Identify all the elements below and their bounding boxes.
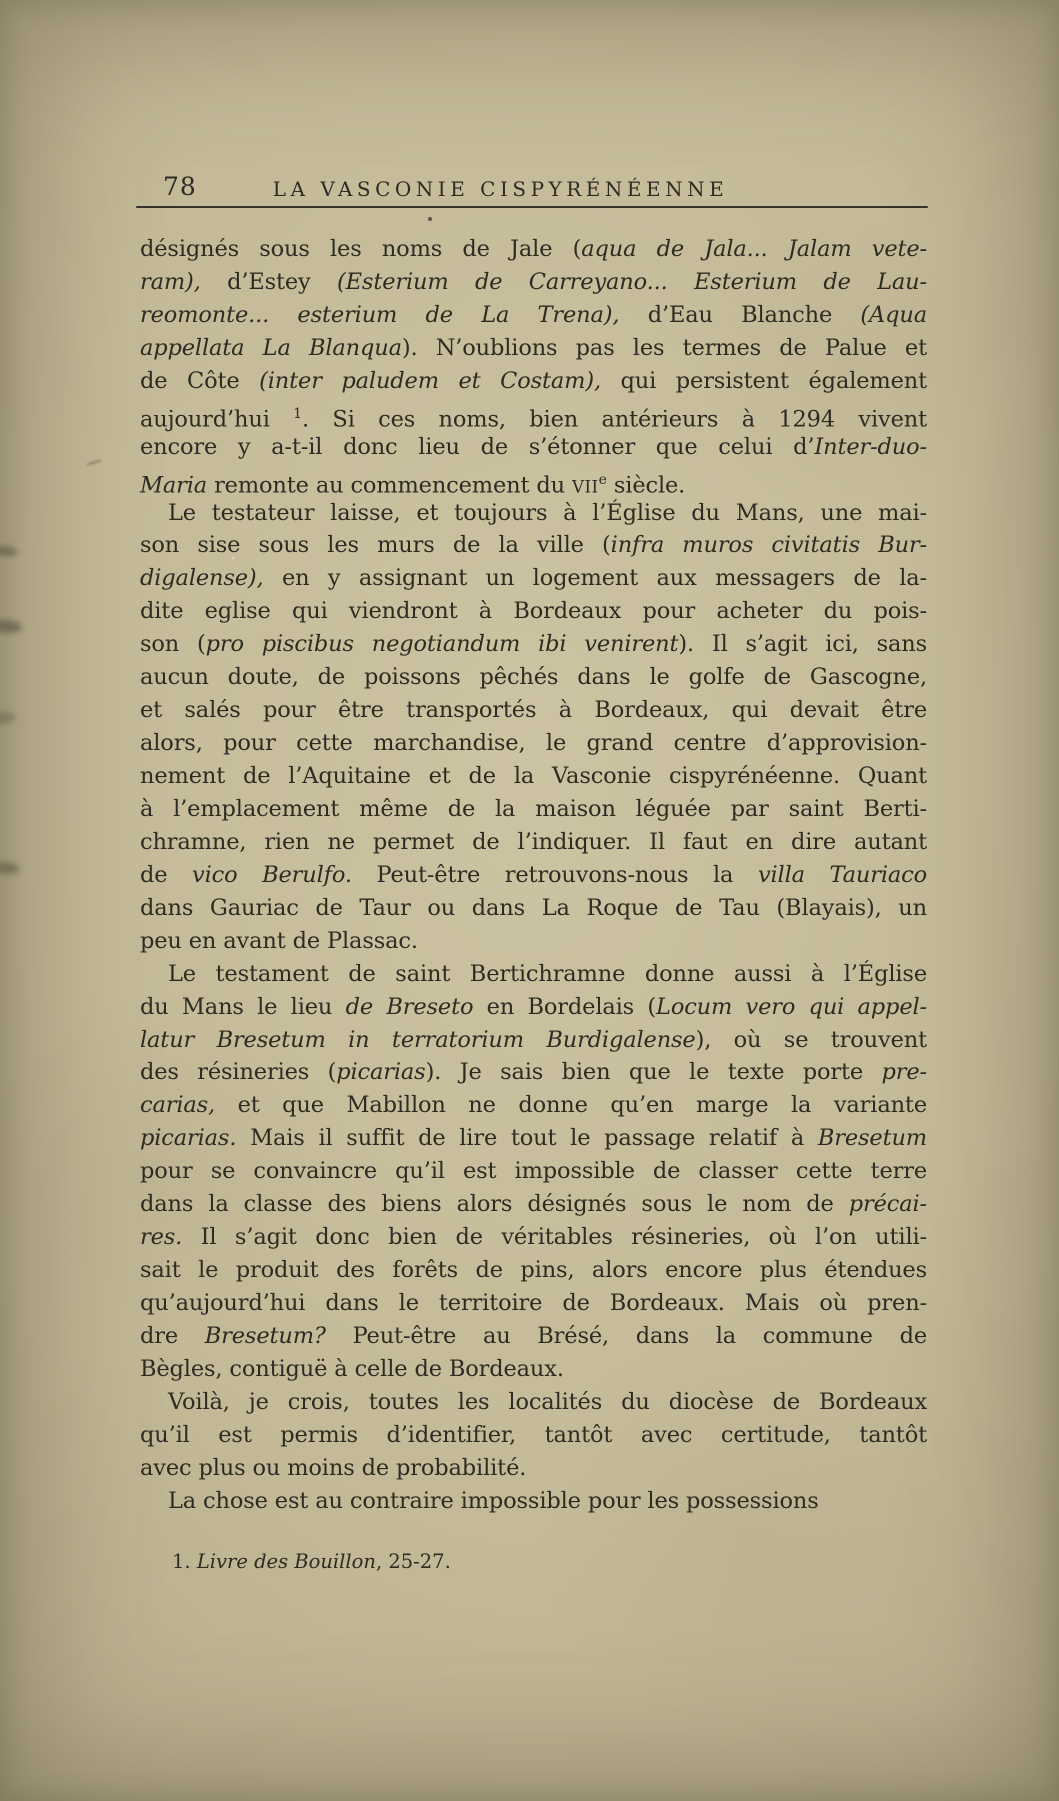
- paper-smudge: [0, 544, 19, 557]
- text-segment: ). Il s’agit ici, sans: [678, 631, 927, 657]
- body-text: désignés sous les noms de Jale (aqua de …: [140, 233, 927, 1518]
- text-line: qu’aujourd’hui dans le territoire de Bor…: [140, 1287, 927, 1320]
- text-line: Bègles, contiguë à celle de Bordeaux.: [140, 1353, 927, 1386]
- text-segment: des résineries (: [140, 1059, 336, 1085]
- text-segment: reomonte... esterium de La Trena),: [140, 302, 619, 328]
- text-segment: aucun doute, de poissons pêchés dans le …: [140, 664, 927, 690]
- text-segment: 1.: [172, 1550, 197, 1573]
- header-rule: [136, 206, 928, 208]
- text-segment: de Breseto: [346, 994, 474, 1020]
- text-segment: de: [140, 862, 192, 888]
- text-line: latur Bresetum in terratorium Burdigalen…: [140, 1024, 927, 1057]
- text-segment: villa Tauriaco: [758, 862, 927, 888]
- text-segment: res.: [140, 1224, 182, 1250]
- text-line: son (pro piscibus negotiandum ibi venire…: [140, 628, 927, 661]
- text-segment: (Aqua: [860, 302, 927, 328]
- text-segment: d’Eau Blanche: [619, 302, 860, 328]
- text-segment: encore y a-t-il donc lieu de s’étonner q…: [140, 434, 814, 460]
- paper-smudge: [0, 619, 22, 634]
- text-segment: Mais il suffit de lire tout le passage r…: [236, 1125, 818, 1151]
- book-page: 78 LA VASCONIE CISPYRÉNÉENNE désignés so…: [0, 0, 1059, 1801]
- text-segment: ). N’oublions pas les termes de Palue et: [402, 335, 927, 361]
- text-line: Maria remonte au commencement du viie si…: [140, 464, 927, 497]
- text-line: qu’il est permis d’identifier, tantôt av…: [140, 1419, 927, 1452]
- text-line: sait le produit des forêts de pins, alor…: [140, 1254, 927, 1287]
- text-segment: infra muros civitatis Bur-: [611, 532, 927, 558]
- text-segment: carias,: [140, 1092, 215, 1118]
- text-segment: qu’aujourd’hui dans le territoire de Bor…: [140, 1290, 927, 1316]
- text-segment: et que Mabillon ne donne qu’en marge la …: [215, 1092, 927, 1118]
- text-segment: dre: [140, 1323, 205, 1349]
- text-segment: dans la classe des biens alors désignés …: [140, 1191, 849, 1217]
- text-line: aujourd’hui 1. Si ces noms, bien antérie…: [140, 398, 927, 431]
- text-segment: son (: [140, 631, 206, 657]
- text-segment: et salés pour être transportés à Bordeau…: [140, 697, 927, 723]
- text-line: Voilà, je crois, toutes les localités du…: [140, 1386, 927, 1419]
- text-segment: . Si ces noms, bien antérieurs à 1294 vi…: [302, 406, 927, 432]
- text-segment: , 25-27.: [376, 1550, 451, 1573]
- text-line: reomonte... esterium de La Trena), d’Eau…: [140, 299, 927, 332]
- text-segment: picarias.: [140, 1125, 236, 1151]
- text-segment: alors, pour cette marchandise, le grand …: [140, 730, 927, 756]
- text-line: picarias. Mais il suffit de lire tout le…: [140, 1122, 927, 1155]
- text-line: dre Bresetum? Peut-être au Brésé, dans l…: [140, 1320, 927, 1353]
- text-line: Le testament de saint Bertichramne donne…: [140, 958, 927, 991]
- text-line: son sise sous les murs de la ville (infr…: [140, 529, 927, 562]
- text-segment: nement de l’Aquitaine et de la Vasconie …: [140, 763, 927, 789]
- text-segment: Inter-duo-: [814, 434, 927, 460]
- text-line: à l’emplacement même de la maison léguée…: [140, 793, 927, 826]
- text-line: res. Il s’agit donc bien de véritables r…: [140, 1221, 927, 1254]
- text-line: dans la classe des biens alors désignés …: [140, 1188, 927, 1221]
- text-segment: pro piscibus negotiandum ibi venirent: [206, 631, 679, 657]
- text-segment: à l’emplacement même de la maison léguée…: [140, 796, 927, 822]
- text-segment: Peut-être retrouvons-nous la: [352, 862, 758, 888]
- text-line: pour se convaincre qu’il est impossible …: [140, 1155, 927, 1188]
- text-segment: en y assignant un logement aux messagers…: [264, 565, 927, 591]
- text-segment: Bresetum: [818, 1125, 927, 1151]
- text-line: chramne, rien ne permet de l’indiquer. I…: [140, 826, 927, 859]
- text-segment: picarias: [336, 1059, 425, 1085]
- text-segment: sait le produit des forêts de pins, alor…: [140, 1257, 927, 1283]
- text-segment: ram),: [140, 269, 201, 295]
- text-segment: Locum vero qui appel-: [656, 994, 927, 1020]
- text-line: avec plus ou moins de probabilité.: [140, 1452, 927, 1485]
- text-segment: vii: [572, 477, 599, 496]
- text-segment: Peut-être au Brésé, dans la commune de: [326, 1323, 927, 1349]
- text-line: nement de l’Aquitaine et de la Vasconie …: [140, 760, 927, 793]
- text-line: carias, et que Mabillon ne donne qu’en m…: [140, 1089, 927, 1122]
- text-segment: précai-: [849, 1191, 927, 1217]
- paper-smudge: [0, 711, 16, 724]
- text-segment: Le testament de saint Bertichramne donne…: [168, 961, 927, 987]
- text-line: ram), d’Estey (Esterium de Carreyano... …: [140, 266, 927, 299]
- text-line: de vico Berulfo. Peut-être retrouvons-no…: [140, 859, 927, 892]
- text-line: des résineries (picarias). Je sais bien …: [140, 1056, 927, 1089]
- text-segment: ). Je sais bien que le texte porte: [426, 1059, 882, 1085]
- text-segment: avec plus ou moins de probabilité.: [140, 1455, 526, 1481]
- text-segment: siècle.: [607, 472, 685, 498]
- text-segment: (inter paludem et Costam),: [259, 368, 601, 394]
- text-segment: Maria: [140, 472, 207, 498]
- text-segment: en Bordelais (: [473, 994, 656, 1020]
- text-segment: Livre des Bouillon: [197, 1550, 376, 1573]
- text-segment: latur Bresetum in terratorium Burdigalen…: [140, 1027, 696, 1053]
- text-segment: d’Estey: [201, 269, 337, 295]
- text-line: La chose est au contraire impossible pou…: [140, 1485, 927, 1518]
- text-segment: Il s’agit donc bien de véritables résine…: [182, 1224, 927, 1250]
- text-segment: aqua de Jala... Jalam vete-: [581, 236, 927, 262]
- text-segment: de Côte: [140, 368, 259, 394]
- text-line: du Mans le lieu de Breseto en Bordelais …: [140, 991, 927, 1024]
- text-segment: e: [599, 472, 607, 488]
- paper-smudge: [0, 861, 21, 876]
- text-line: désignés sous les noms de Jale (aqua de …: [140, 233, 927, 266]
- text-segment: peu en avant de Plassac.: [140, 928, 418, 954]
- text-segment: 1: [293, 406, 302, 422]
- text-segment: chramne, rien ne permet de l’indiquer. I…: [140, 829, 927, 855]
- text-segment: Bègles, contiguë à celle de Bordeaux.: [140, 1356, 564, 1382]
- text-line: encore y a-t-il donc lieu de s’étonner q…: [140, 431, 927, 464]
- text-segment: Voilà, je crois, toutes les localités du…: [168, 1389, 927, 1415]
- text-segment: ), où se trouvent: [696, 1027, 927, 1053]
- text-line: digalense), en y assignant un logement a…: [140, 562, 927, 595]
- text-segment: qui persistent également: [601, 368, 927, 394]
- text-segment: appellata La Blanqua: [140, 335, 402, 361]
- text-line: alors, pour cette marchandise, le grand …: [140, 727, 927, 760]
- text-segment: pre-: [882, 1059, 927, 1085]
- text-segment: son sise sous les murs de la ville (: [140, 532, 611, 558]
- text-segment: du Mans le lieu: [140, 994, 346, 1020]
- text-line: Le testateur laisse, et toujours à l’Égl…: [140, 497, 927, 530]
- text-segment: digalense),: [140, 565, 264, 591]
- text-segment: Le testateur laisse, et toujours à l’Égl…: [168, 500, 927, 526]
- text-line: appellata La Blanqua). N’oublions pas le…: [140, 332, 927, 365]
- text-segment: qu’il est permis d’identifier, tantôt av…: [140, 1422, 927, 1448]
- paper-smudge: [86, 459, 102, 467]
- text-line: dite eglise qui viendront à Bordeaux pou…: [140, 595, 927, 628]
- text-line: peu en avant de Plassac.: [140, 925, 927, 958]
- paper-speck: [428, 217, 432, 221]
- text-segment: désignés sous les noms de Jale (: [140, 236, 581, 262]
- text-line: de Côte (inter paludem et Costam), qui p…: [140, 365, 927, 398]
- text-segment: (Esterium de Carreyano... Esterium de La…: [337, 269, 927, 295]
- text-line: aucun doute, de poissons pêchés dans le …: [140, 661, 927, 694]
- text-segment: dans Gauriac de Taur ou dans La Roque de…: [140, 895, 927, 921]
- text-segment: vico Berulfo.: [192, 862, 352, 888]
- footnote: 1. Livre des Bouillon, 25-27.: [172, 1550, 872, 1573]
- text-segment: dite eglise qui viendront à Bordeaux pou…: [140, 598, 927, 624]
- text-segment: La chose est au contraire impossible pou…: [168, 1488, 819, 1514]
- text-segment: Bresetum?: [205, 1323, 326, 1349]
- text-segment: aujourd’hui: [140, 406, 293, 432]
- text-line: dans Gauriac de Taur ou dans La Roque de…: [140, 892, 927, 925]
- text-line: et salés pour être transportés à Bordeau…: [140, 694, 927, 727]
- text-segment: pour se convaincre qu’il est impossible …: [140, 1158, 927, 1184]
- running-title: LA VASCONIE CISPYRÉNÉENNE: [107, 177, 894, 201]
- text-segment: remonte au commencement du: [207, 472, 572, 498]
